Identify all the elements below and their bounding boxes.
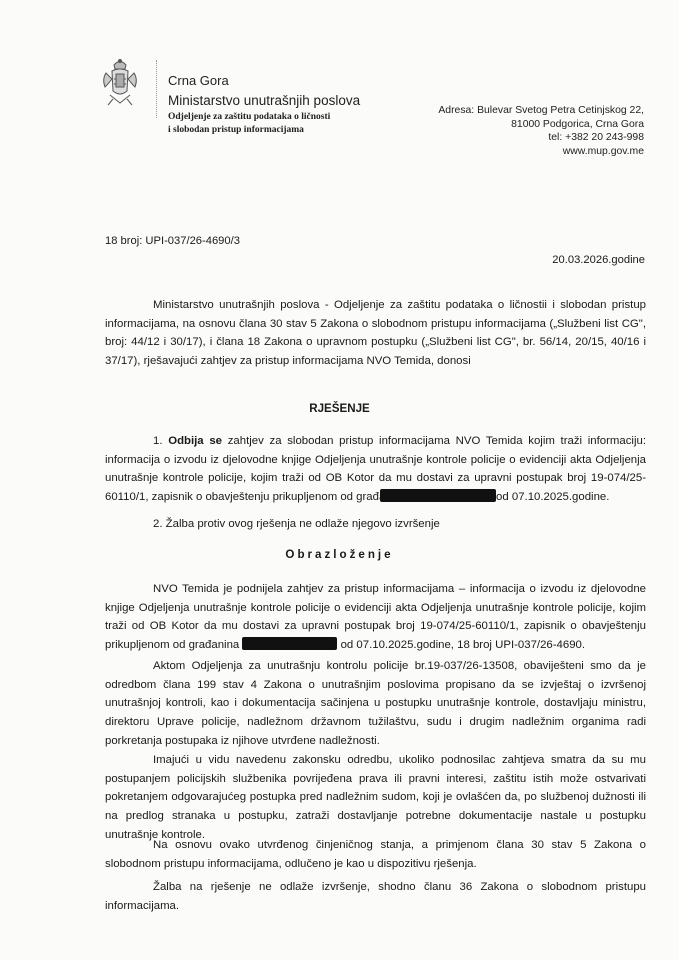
item-text-after: od 07.10.2025.godine. (496, 491, 609, 503)
item-text: Žalba protiv ovog rješenja ne odlaže nje… (166, 518, 440, 530)
reasoning-paragraph-2: Aktom Odjeljenja za unutrašnju kontrolu … (105, 657, 646, 751)
decision-item-2: 2. Žalba protiv ovog rješenja ne odlaže … (105, 515, 646, 534)
reasoning-paragraph-4: Na osnovu ovako utvrđenog činjeničnog st… (105, 836, 646, 873)
header-ministry: Ministarstvo unutrašnjih poslova (168, 93, 360, 108)
reference-number: 18 broj: UPI-037/26-4690/3 (105, 235, 240, 247)
document-date: 20.03.2026.godine (552, 254, 645, 266)
address-block: Adresa: Bulevar Svetog Petra Cetinjskog … (438, 104, 644, 158)
header-department: Odjeljenje za zaštitu podataka o ličnost… (168, 111, 330, 137)
department-line-1: Odjeljenje za zaštitu podataka o ličnost… (168, 111, 330, 124)
reasoning-title: Obrazloženje (0, 548, 679, 561)
coat-of-arms-icon (100, 57, 140, 109)
document-page: Crna Gora Ministarstvo unutrašnjih poslo… (0, 0, 679, 960)
address-website: www.mup.gov.me (438, 145, 644, 159)
decision-title: RJEŠENJE (0, 402, 679, 415)
redaction-bar (242, 637, 337, 650)
address-line-1: Adresa: Bulevar Svetog Petra Cetinjskog … (438, 104, 644, 118)
department-line-2: i slobodan pristup informacijama (168, 124, 330, 137)
intro-paragraph: Ministarstvo unutrašnjih poslova - Odjel… (105, 296, 646, 371)
reasoning-paragraph-3: Imajući u vidu navedenu zakonsku odredbu… (105, 751, 646, 845)
item-number: 2. (153, 518, 163, 530)
redaction-bar (380, 489, 496, 502)
item-bold-lead: Odbija se (168, 435, 222, 447)
decision-item-1: 1. Odbija se zahtjev za slobodan pristup… (105, 432, 646, 507)
item-number: 1. (153, 435, 163, 447)
reasoning-paragraph-1: NVO Temida je podnijela zahtjev za prist… (105, 580, 646, 655)
reasoning-paragraph-5: Žalba na rješenje ne odlaže izvršenje, s… (105, 878, 646, 915)
address-phone: tel: +382 20 243-998 (438, 131, 644, 145)
header-country: Crna Gora (168, 73, 229, 88)
paragraph-text-after: od 07.10.2025.godine, 18 broj UPI-037/26… (341, 639, 585, 651)
address-line-2: 81000 Podgorica, Crna Gora (438, 118, 644, 132)
header-divider (156, 60, 158, 118)
